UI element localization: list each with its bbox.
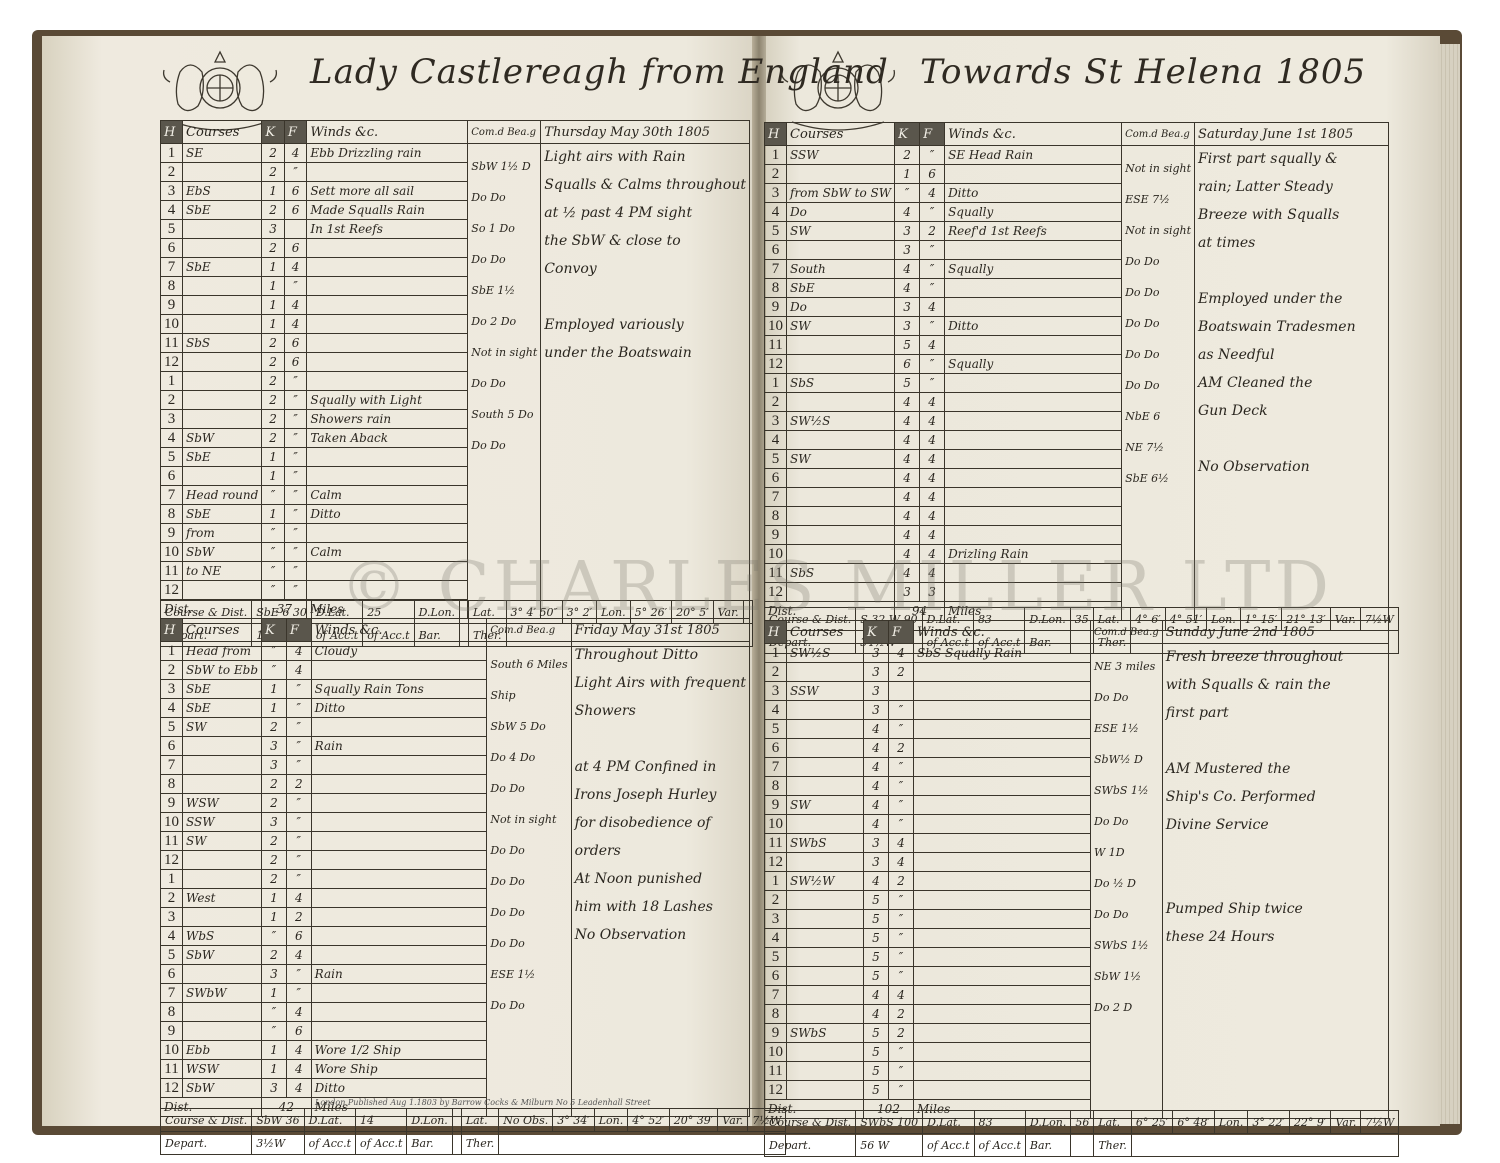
knots-cell: 3 <box>262 813 287 832</box>
hour-cell: 4 <box>161 429 183 448</box>
winds-cell <box>311 1022 487 1041</box>
winds-cell <box>914 720 1091 739</box>
bearing-entry: ESE 7½ <box>1125 193 1191 206</box>
var-value: 7½W <box>1361 1111 1399 1134</box>
bearings-header: Com.d Bea.g <box>1122 123 1195 146</box>
course-cell <box>787 777 864 796</box>
course-cell: from SbW to SW <box>787 184 895 203</box>
course-cell <box>787 355 895 374</box>
hour-cell: 11 <box>765 336 787 355</box>
winds-header: Winds &c. <box>307 121 468 144</box>
fathoms-cell: 4 <box>286 1041 311 1060</box>
knots-cell: 1 <box>262 467 285 486</box>
remark-line <box>544 284 746 312</box>
summary-row-position: Course & Dist.SbW 36D.Lat.14D.Lon.Lat.No… <box>161 1109 786 1132</box>
hour-cell: 12 <box>161 851 183 870</box>
winds-cell: Ditto <box>311 699 487 718</box>
knots-cell: 3 <box>262 1079 287 1098</box>
hour-cell: 4 <box>765 431 787 450</box>
fathoms-cell: 4 <box>286 889 311 908</box>
course-cell <box>787 853 864 872</box>
hour-cell: 3 <box>765 412 787 431</box>
course-cell <box>183 353 262 372</box>
course-cell <box>787 663 864 682</box>
remark-line: Employed under the <box>1198 286 1385 314</box>
hour-cell: 9 <box>765 526 787 545</box>
fathoms-cell: 6 <box>920 165 945 184</box>
fathoms-cell: ″ <box>286 699 311 718</box>
winds-cell <box>914 1024 1091 1043</box>
fathoms-cell: 4 <box>284 315 306 334</box>
knots-cell: 1 <box>262 1060 287 1079</box>
winds-cell <box>945 507 1122 526</box>
course-cell: SbE <box>787 279 895 298</box>
bearing-entry: Do Do <box>1094 908 1159 921</box>
knots-cell: 3 <box>262 965 287 984</box>
daily-summary: Course & Dist.SWbS 100D.Lat.83D.Lon.56La… <box>764 1110 1399 1157</box>
hour-cell: 1 <box>765 146 787 165</box>
remarks-column: Throughout DittoLight Airs with frequent… <box>571 642 749 1117</box>
winds-cell <box>945 412 1122 431</box>
remark-line: for disobedience of <box>575 810 746 838</box>
winds-cell <box>914 929 1091 948</box>
knots-cell: ″ <box>262 927 287 946</box>
hour-cell: 6 <box>161 965 183 984</box>
fathoms-cell: 4 <box>920 488 945 507</box>
knots-cell: 4 <box>895 450 920 469</box>
course-cell: SWbW <box>183 984 262 1003</box>
course-cell: EbS <box>183 182 262 201</box>
hour-cell: 4 <box>161 927 183 946</box>
winds-cell <box>307 296 468 315</box>
course-dist-value: SbW 36 <box>252 1109 304 1132</box>
lon-label: Lon. <box>1214 1111 1248 1134</box>
course-cell: SW½W <box>787 872 864 891</box>
remark-line: No Observation <box>1198 454 1385 482</box>
knots-cell: 2 <box>262 163 285 182</box>
lat-obs-value: 6° 25′ <box>1131 1111 1173 1134</box>
hour-cell: 5 <box>765 222 787 241</box>
lon-label: Lon. <box>594 1109 628 1132</box>
remark-line: No Observation <box>575 922 746 950</box>
course-cell <box>787 165 895 184</box>
winds-cell: Squally Rain Tons <box>311 680 487 699</box>
course-dist-label: Course & Dist. <box>765 1111 856 1134</box>
winds-cell: Squally with Light <box>307 391 468 410</box>
winds-cell: Wore 1/2 Ship <box>311 1041 487 1060</box>
course-cell <box>787 720 864 739</box>
remark-line: Fresh breeze throughout <box>1166 644 1385 672</box>
hour-cell: 2 <box>161 391 183 410</box>
course-cell <box>183 581 262 600</box>
dlat-value: 14 <box>356 1109 407 1132</box>
bearing-entry: Do Do <box>490 844 567 857</box>
hour-cell: 8 <box>161 1003 183 1022</box>
course-cell: Head from <box>183 642 262 661</box>
remark-line: Squalls & Calms throughout <box>544 172 746 200</box>
fathoms-cell: ″ <box>286 851 311 870</box>
winds-cell: Squally <box>945 260 1122 279</box>
hour-cell: 1 <box>161 144 183 163</box>
hour-cell: 2 <box>161 661 183 680</box>
remark-line: him with 18 Lashes <box>575 894 746 922</box>
fathoms-cell: 6 <box>284 353 306 372</box>
knots-cell: 3 <box>864 701 889 720</box>
bearing-entry: Do Do <box>471 377 537 390</box>
winds-cell <box>307 372 468 391</box>
winds-cell <box>307 334 468 353</box>
fathoms-cell: ″ <box>889 1062 914 1081</box>
fathoms-cell: 6 <box>286 1022 311 1041</box>
winds-cell <box>914 986 1091 1005</box>
course-cell: SbE <box>183 680 262 699</box>
fathoms-cell: ″ <box>284 277 306 296</box>
log-grid: HCoursesKFWinds &c.Com.d Bea.gFriday May… <box>160 618 750 1117</box>
bearing-entry: SbW 1½ <box>1094 970 1159 983</box>
hour-cell: 9 <box>161 524 183 543</box>
fathoms-cell: ″ <box>284 562 306 581</box>
course-cell: SbS <box>183 334 262 353</box>
summary-row-position: Course & Dist.SWbS 100D.Lat.83D.Lon.56La… <box>765 1111 1399 1134</box>
winds-cell <box>914 758 1091 777</box>
hour-cell: 12 <box>765 355 787 374</box>
winds-cell <box>914 834 1091 853</box>
knots-cell: 5 <box>864 929 889 948</box>
course-cell <box>787 815 864 834</box>
course-cell: SSW <box>787 146 895 165</box>
log-grid: HCoursesKFWinds &c.Com.d Bea.gSaturday J… <box>764 122 1389 621</box>
knots-cell: 1 <box>262 505 285 524</box>
knots-cell: 3 <box>864 682 889 701</box>
remark-line <box>1198 426 1385 454</box>
course-cell: SbW <box>183 429 262 448</box>
course-cell: Do <box>787 203 895 222</box>
fathoms-cell: ″ <box>920 146 945 165</box>
knots-cell: 5 <box>864 1024 889 1043</box>
fathoms-cell: 4 <box>920 184 945 203</box>
fathoms-cell: ″ <box>284 410 306 429</box>
fathoms-cell: 2 <box>286 908 311 927</box>
course-cell <box>787 910 864 929</box>
lat-acc-value: 3° 34′ <box>553 1109 595 1132</box>
hour-cell: 6 <box>765 241 787 260</box>
course-cell <box>787 488 895 507</box>
remark-line: as Needful <box>1198 342 1385 370</box>
knots-cell: 3 <box>895 298 920 317</box>
fathoms-cell: 6 <box>284 334 306 353</box>
winds-cell: Squally <box>945 355 1122 374</box>
remark-line: at ½ past 4 PM sight <box>544 200 746 228</box>
log-header-row: HCoursesKFWinds &c.Com.d Bea.gThursday M… <box>161 121 750 144</box>
course-cell: Ebb <box>183 1041 262 1060</box>
course-cell: SWbS <box>787 834 864 853</box>
course-cell <box>787 1005 864 1024</box>
bar-value <box>452 1132 461 1155</box>
hour-cell: 12 <box>161 581 183 600</box>
hour-cell: 7 <box>161 486 183 505</box>
hour-cell: 8 <box>765 777 787 796</box>
fathoms-cell: ″ <box>889 929 914 948</box>
bearing-entry: South 5 Do <box>471 408 537 421</box>
winds-cell <box>311 927 487 946</box>
winds-cell <box>914 1062 1091 1081</box>
hour-cell: 12 <box>765 853 787 872</box>
bearings-column: South 6 MilesShipSbW 5 DoDo 4 DoDo DoNot… <box>487 642 571 1117</box>
fathoms-cell: 2 <box>889 872 914 891</box>
course-cell: SbW <box>183 1079 262 1098</box>
hour-cell: 6 <box>765 739 787 758</box>
knots-cell: 4 <box>895 260 920 279</box>
knots-cell: 3 <box>864 834 889 853</box>
hour-cell: 11 <box>161 1060 183 1079</box>
bearing-entry: Do Do <box>471 253 537 266</box>
depart-label: Depart. <box>765 1134 856 1157</box>
knots-cell: 3 <box>864 663 889 682</box>
hour-cell: 12 <box>161 353 183 372</box>
course-cell <box>183 870 262 889</box>
winds-cell: In 1st Reefs <box>307 220 468 239</box>
course-cell <box>183 163 262 182</box>
remark-line <box>1166 868 1385 896</box>
remark-line: Light Airs with frequent <box>575 670 746 698</box>
course-cell: SW <box>787 222 895 241</box>
left-page-title: Lady Castlereagh from England <box>310 52 889 92</box>
knots-cell: 1 <box>262 680 287 699</box>
knots-cell: 5 <box>895 336 920 355</box>
hour-cell: 9 <box>161 794 183 813</box>
knots-cell: 1 <box>262 889 287 908</box>
bearing-entry: SbW½ D <box>1094 753 1159 766</box>
var-label: Var. <box>1331 1111 1361 1134</box>
winds-cell <box>914 1043 1091 1062</box>
remark-line: AM Cleaned the <box>1198 370 1385 398</box>
hour-cell: 4 <box>765 701 787 720</box>
winds-cell <box>311 813 487 832</box>
hour-cell: 7 <box>765 488 787 507</box>
knots-cell: 2 <box>262 718 287 737</box>
knots-cell: ″ <box>895 184 920 203</box>
fathoms-cell: ″ <box>889 948 914 967</box>
winds-cell <box>311 984 487 1003</box>
knots-cell: 2 <box>262 239 285 258</box>
course-cell: SbW to Ebb <box>183 661 262 680</box>
course-cell <box>183 908 262 927</box>
winds-cell <box>945 469 1122 488</box>
knots-cell: 5 <box>864 1062 889 1081</box>
course-cell <box>183 467 262 486</box>
winds-cell <box>914 891 1091 910</box>
bearing-entry: NE 7½ <box>1125 441 1191 454</box>
knots-cell: 2 <box>262 870 287 889</box>
course-cell: SW½S <box>787 644 864 663</box>
hour-cell: 6 <box>161 737 183 756</box>
course-cell: SbW <box>183 543 262 562</box>
hour-cell: 2 <box>765 891 787 910</box>
lon-in-value: 20° 39′ <box>669 1109 718 1132</box>
winds-cell <box>914 796 1091 815</box>
remark-line: the SbW & close to <box>544 228 746 256</box>
knots-cell: 2 <box>262 334 285 353</box>
hour-cell: 9 <box>765 796 787 815</box>
course-cell <box>787 241 895 260</box>
knots-cell: 2 <box>262 410 285 429</box>
hour-cell: 3 <box>765 682 787 701</box>
winds-cell <box>914 682 1091 701</box>
hour-cell: 12 <box>765 1081 787 1100</box>
fathoms-cell: ″ <box>889 758 914 777</box>
course-cell <box>787 891 864 910</box>
fathoms-cell: 4 <box>284 296 306 315</box>
winds-cell: Showers rain <box>307 410 468 429</box>
course-cell <box>787 1043 864 1062</box>
fathoms-cell: 4 <box>286 661 311 680</box>
knots-cell: 3 <box>895 241 920 260</box>
fathoms-cell: ″ <box>889 1043 914 1062</box>
winds-cell <box>945 241 1122 260</box>
fathoms-cell: ″ <box>284 372 306 391</box>
knots-cell: 3 <box>262 737 287 756</box>
fathoms-cell <box>889 682 914 701</box>
bearing-entry: Do ½ D <box>1094 877 1159 890</box>
winds-cell: Reef'd 1st Reefs <box>945 222 1122 241</box>
hour-cell: 6 <box>161 467 183 486</box>
remark-line: Divine Service <box>1166 812 1385 840</box>
winds-cell: Ditto <box>945 184 1122 203</box>
remark-line: orders <box>575 838 746 866</box>
fathoms-cell: ″ <box>889 891 914 910</box>
knots-cell: 4 <box>864 815 889 834</box>
remark-line: At Noon punished <box>575 866 746 894</box>
fathoms-cell: 6 <box>284 201 306 220</box>
remark-line: Boatswain Tradesmen <box>1198 314 1385 342</box>
course-cell <box>183 756 262 775</box>
bearing-entry: SbW 5 Do <box>490 720 567 733</box>
knots-cell: 6 <box>895 355 920 374</box>
fathoms-cell: ″ <box>889 777 914 796</box>
hour-cell: 9 <box>161 1022 183 1041</box>
remark-line: Convoy <box>544 256 746 284</box>
winds-cell <box>307 524 468 543</box>
knots-cell: 1 <box>262 448 285 467</box>
course-cell <box>183 1003 262 1022</box>
winds-cell <box>914 1081 1091 1100</box>
winds-cell: Ditto <box>307 505 468 524</box>
bar-value <box>1071 1134 1094 1157</box>
winds-header: Winds &c. <box>945 123 1122 146</box>
winds-cell <box>914 1005 1091 1024</box>
knots-cell: 4 <box>895 488 920 507</box>
winds-cell <box>307 467 468 486</box>
knots-cell: 4 <box>864 1005 889 1024</box>
winds-cell: Squally <box>945 203 1122 222</box>
course-cell: WSW <box>183 1060 262 1079</box>
knots-cell: ″ <box>262 543 285 562</box>
knots-cell: 3 <box>262 756 287 775</box>
fathoms-cell: ″ <box>889 796 914 815</box>
courses-header: Courses <box>183 121 262 144</box>
fathoms-cell: ″ <box>920 203 945 222</box>
bearing-entry: SWbS 1½ <box>1094 939 1159 952</box>
fathoms-cell: ″ <box>286 756 311 775</box>
lat-label: Lat. <box>1094 1111 1131 1134</box>
winds-cell <box>945 393 1122 412</box>
winds-cell <box>945 165 1122 184</box>
hour-cell: 4 <box>765 203 787 222</box>
knots-cell: ″ <box>262 1003 287 1022</box>
knots-cell: ″ <box>262 642 287 661</box>
fathoms-cell: 4 <box>286 1079 311 1098</box>
fathoms-cell: ″ <box>284 505 306 524</box>
course-cell <box>787 1081 864 1100</box>
bearing-entry: Not in sight <box>471 346 537 359</box>
log-row: 1SW½S34SbS Squally RainNE 3 milesDo DoES… <box>765 644 1389 663</box>
fathoms-cell: ″ <box>889 701 914 720</box>
course-cell: SSW <box>787 682 864 701</box>
hour-cell: 5 <box>765 720 787 739</box>
hour-cell: 6 <box>765 967 787 986</box>
remarks-column: Fresh breeze throughoutwith Squalls & ra… <box>1162 644 1388 1119</box>
dlat-label: D.Lat. <box>923 1111 974 1134</box>
fathoms-header: F <box>920 123 945 146</box>
knots-cell: 3 <box>895 317 920 336</box>
course-cell: SW <box>183 832 262 851</box>
hour-cell: 11 <box>765 834 787 853</box>
fathoms-cell: 4 <box>889 644 914 663</box>
ther-label: Ther. <box>461 1132 498 1155</box>
course-cell: Head round <box>183 486 262 505</box>
course-cell <box>183 315 262 334</box>
knots-cell: 1 <box>262 1041 287 1060</box>
hour-cell: 1 <box>765 644 787 663</box>
fathoms-cell: 4 <box>284 144 306 163</box>
winds-cell: Calm <box>307 486 468 505</box>
fathoms-cell: 4 <box>920 450 945 469</box>
hour-cell: 9 <box>765 1024 787 1043</box>
fathoms-cell: ″ <box>284 391 306 410</box>
course-cell <box>787 929 864 948</box>
bearing-entry: Do Do <box>471 191 537 204</box>
fathoms-cell: ″ <box>920 279 945 298</box>
bearing-entry: Do Do <box>1125 317 1191 330</box>
hour-cell: 4 <box>161 699 183 718</box>
knots-cell: 1 <box>262 182 285 201</box>
bearing-entry: South 6 Miles <box>490 658 567 671</box>
bearing-entry: Do 4 Do <box>490 751 567 764</box>
winds-cell <box>914 853 1091 872</box>
bearing-entry: ESE 1½ <box>490 968 567 981</box>
fathoms-cell: ″ <box>286 984 311 1003</box>
of-acc-label-2: of Acc.t <box>974 1134 1025 1157</box>
winds-cell <box>945 431 1122 450</box>
fathoms-cell: 6 <box>284 182 306 201</box>
fathoms-cell: 2 <box>889 663 914 682</box>
winds-cell: Sett more all sail <box>307 182 468 201</box>
knots-cell: 3 <box>864 853 889 872</box>
hour-cell: 8 <box>161 277 183 296</box>
knots-cell: 1 <box>262 277 285 296</box>
hour-cell: 8 <box>765 1005 787 1024</box>
hour-cell: 1 <box>161 642 183 661</box>
fathoms-cell: 4 <box>286 1003 311 1022</box>
lon-in-value: 22° 9′ <box>1289 1111 1331 1134</box>
winds-cell <box>945 526 1122 545</box>
depart-value: 56 W <box>856 1134 923 1157</box>
remark-line <box>1198 258 1385 286</box>
winds-cell <box>945 298 1122 317</box>
hour-cell: 3 <box>161 182 183 201</box>
hour-cell: 5 <box>765 450 787 469</box>
right-page-title: Towards St Helena 1805 <box>920 52 1366 92</box>
